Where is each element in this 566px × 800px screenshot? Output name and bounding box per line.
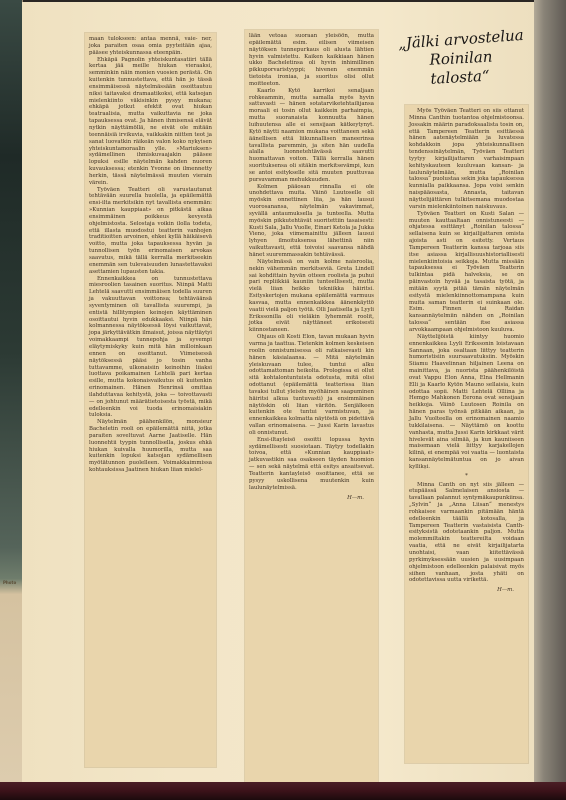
clip-paragraph: Myös Työväen Teatteri on siis ottanut Mi… [409, 108, 524, 211]
handwritten-line-2: Roinilan talosta“ [391, 45, 538, 91]
book-right-edge [534, 0, 566, 782]
handwritten-note: „Jälki arvostelua Roinilan talosta“ [392, 30, 537, 80]
clip-paragraph: maan tulokseen: antaa mennä, vaie- ner, … [89, 36, 212, 57]
signature: H—m. [249, 495, 374, 502]
clip-paragraph: Ennenkaikkea on tunnustettava miesroolie… [89, 276, 212, 420]
section-separator: * [409, 473, 524, 480]
newspaper-clipping-right: Myös Työväen Teatteri on siis ottanut Mi… [405, 105, 528, 763]
clip-paragraph: Näytelmässä on vain kolme naisroolia, ne… [249, 259, 374, 334]
clip-paragraph: Näyttelijöistä kiintyy huomio ennenkaikk… [409, 334, 524, 471]
clip-paragraph: Minna Canth on nyt siis jälleen — etupää… [409, 482, 524, 585]
photo-strip: Photo [0, 0, 23, 782]
clip-paragraph: Näytelmän päähenkilön, monsieur Bachelet… [89, 419, 212, 474]
photo-label: Photo [3, 580, 16, 585]
clip-paragraph: Kolmen pääosan rinnalla ei ole unohdetta… [249, 184, 374, 259]
clip-paragraph: lään vetoaa suoraan yleisöön, mutta epäi… [249, 33, 374, 88]
clip-paragraph: Ehkäpä Pagnolin yhteiskuntasatiiri tällä… [89, 57, 212, 187]
clip-paragraph: Ensi-iltayleisö osoitti lopussa hyvin sy… [249, 437, 374, 492]
book-cover-edge [0, 782, 566, 800]
newspaper-clipping-middle: lään vetoaa suoraan yleisöön, mutta epäi… [245, 30, 378, 782]
clip-paragraph: Työväen Teatteri oli varustautunut tehtä… [89, 187, 212, 276]
signature: H—m. [409, 587, 524, 594]
newspaper-clipping-left: maan tulokseen: antaa mennä, vaie- ner, … [85, 33, 216, 767]
clip-paragraph: Kaarlo Kytö karrikoi senaljaan rohkeammi… [249, 88, 374, 184]
clip-paragraph: Ohjaus oli Kosti Elon, tavan mukaan hyvi… [249, 334, 374, 437]
clip-paragraph: Työväen Teatteri on Kusti Salan — muuten… [409, 211, 524, 334]
